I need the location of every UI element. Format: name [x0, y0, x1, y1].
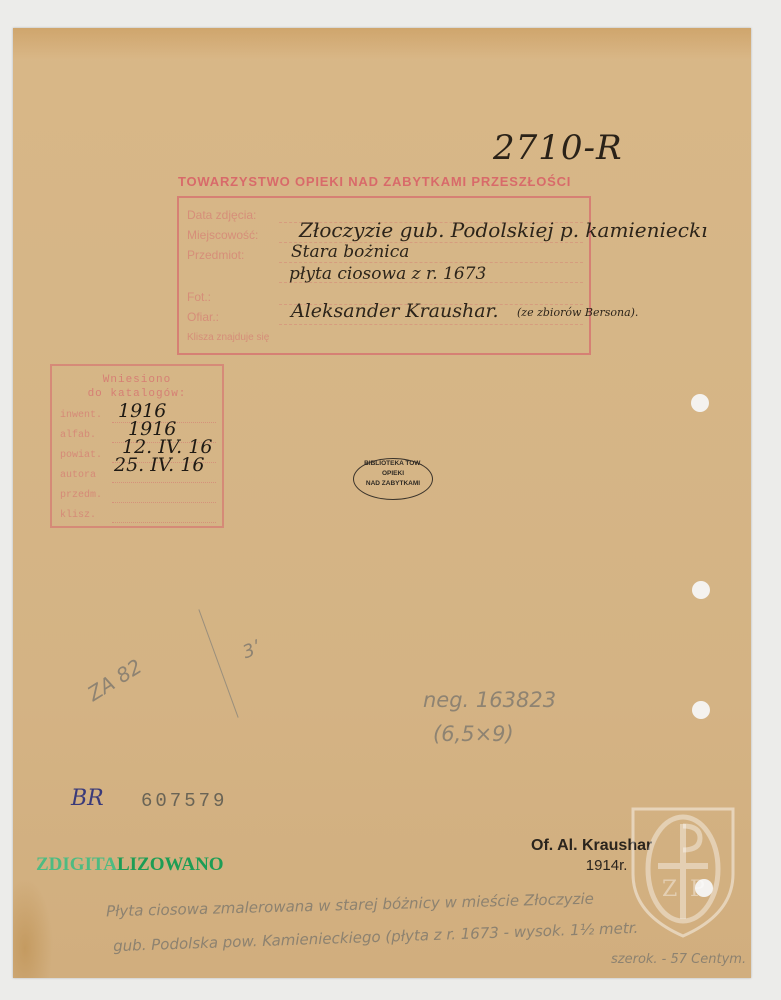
catalog-label-inventory: inwent.: [60, 410, 102, 421]
catalog-subtitle: do katalogów:: [52, 388, 222, 400]
library-stamp-line2: OPIEKI: [354, 469, 432, 479]
photo-info-form: Data zdjęcia: Miejscowość: Przedmiot: Fo…: [177, 196, 591, 355]
pencil-negative-number: neg. 163823: [423, 688, 556, 712]
library-stamp-line1: BIBLIOTEKA TOW.: [354, 459, 432, 469]
punch-hole: [692, 701, 710, 719]
handwritten-description: płyta ciosowa z r. 1673: [289, 264, 486, 284]
catalog-label-district: powiat.: [60, 450, 102, 461]
watermark-shield-icon: Z P: [628, 804, 738, 939]
field-line: [279, 324, 583, 325]
digitized-stamp-bold: LIZOWANO: [117, 854, 224, 875]
catalog-label-negative: klisz.: [60, 510, 96, 521]
pencil-code: ZA 82: [83, 654, 146, 706]
bottom-note-line1: Płyta ciosowa zmalerowana w starej bóżni…: [106, 890, 594, 921]
digitized-stamp: ZDIGITALIZOWANO: [36, 854, 224, 876]
pencil-slash-note: 3ʹ: [240, 638, 263, 663]
field-line: [279, 262, 583, 263]
handwritten-subject: Stara bożnica: [291, 242, 409, 262]
handwritten-place: Złoczyzie gub. Podolskiej p. kamienieckı: [299, 218, 707, 242]
bottom-note-line3: szerok. - 57 Centym.: [611, 952, 746, 967]
svg-text:P: P: [690, 877, 705, 902]
society-header: TOWARZYSTWO OPIEKI NAD ZABYTKAMI PRZESZŁ…: [178, 174, 571, 189]
pencil-negative-size: (6,5×9): [433, 722, 514, 746]
field-label-subject: Przedmiot:: [187, 248, 244, 262]
catalog-label-subject: przedm.: [60, 490, 102, 501]
field-label-photographer: Fot.:: [187, 290, 211, 304]
dotted-line: [112, 522, 216, 523]
library-stamp: BIBLIOTEKA TOW. OPIEKI NAD ZABYTKAMI: [353, 458, 433, 500]
field-label-negative: Klisza znajduje się: [187, 332, 269, 343]
dotted-line: [112, 502, 216, 503]
water-stain-top: [13, 28, 751, 60]
inventory-number: 607579: [141, 790, 227, 812]
water-stain-bottom-left: [13, 878, 53, 978]
bottom-note-line2: gub. Podolska pow. Kamienieckiego (płyta…: [113, 919, 639, 955]
catalog-label-author: autora: [60, 470, 96, 481]
catalog-entry-box: Wniesiono do katalogów: inwent. alfab. p…: [50, 364, 224, 528]
field-label-date: Data zdjęcia:: [187, 208, 256, 222]
handwritten-author: Aleksander Kraushar.: [291, 300, 499, 322]
punch-hole: [692, 581, 710, 599]
library-stamp-line3: NAD ZABYTKAMI: [354, 479, 432, 489]
punch-hole: [691, 394, 709, 412]
field-label-place: Miejscowość:: [187, 228, 258, 242]
field-label-donor: Ofiar.:: [187, 310, 219, 324]
archive-number: 2710-R: [493, 128, 623, 168]
handwritten-collection-note: (ze zbiorów Bersona).: [517, 306, 638, 319]
catalog-value-author: 25. IV. 16: [114, 454, 204, 476]
pencil-slash: [198, 609, 238, 717]
catalog-title: Wniesiono: [52, 374, 222, 386]
digitized-stamp-faded: ZDIGITA: [36, 854, 117, 875]
svg-text:Z: Z: [662, 877, 677, 902]
catalog-label-alphabetical: alfab.: [60, 430, 96, 441]
archive-card: 2710-R TOWARZYSTWO OPIEKI NAD ZABYTKAMI …: [13, 28, 751, 978]
br-mark: BR: [71, 786, 104, 811]
dotted-line: [112, 482, 216, 483]
